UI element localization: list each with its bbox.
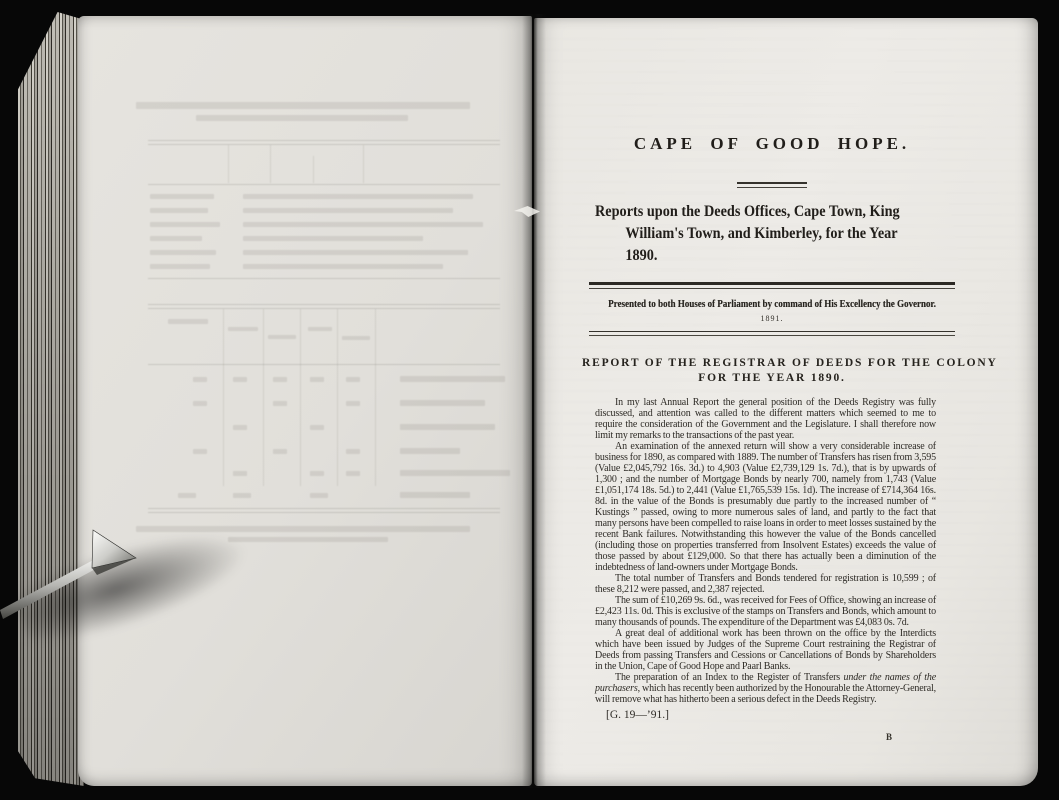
presentation-year: 1891. [582, 314, 962, 323]
imprint-mark: [G. 19—’91.] [606, 709, 669, 721]
ghost-mark [400, 492, 470, 498]
ghost-mark [148, 304, 500, 305]
ghost-mark [346, 377, 360, 382]
ghost-mark [148, 278, 500, 279]
ghost-mark [375, 309, 376, 486]
section-heading: REPORT OF THE REGISTRAR OF DEEDS FOR THE… [582, 356, 962, 387]
report-body: In my last Annual Report the general pos… [582, 397, 962, 723]
section-heading-line-1: REPORT OF THE REGISTRAR OF DEEDS FOR THE… [582, 356, 962, 372]
ghost-mark [400, 470, 510, 476]
paragraph: The total number of Transfers and Bonds … [595, 573, 936, 595]
ghost-mark [308, 327, 332, 331]
paragraph-final: The preparation of an Index to the Regis… [595, 672, 936, 705]
ghost-mark [150, 194, 214, 199]
report-title-line-3: 1890. [595, 245, 933, 267]
final-paragraph-post: , which has recently been authorized by … [595, 683, 936, 705]
paragraph: An examination of the annexed return wil… [595, 441, 936, 573]
ghost-mark [148, 140, 500, 141]
ghost-mark [150, 264, 210, 269]
ghost-mark [178, 493, 196, 498]
report-title-line-1: Reports upon the Deeds Offices, Cape Tow… [595, 201, 933, 223]
ghost-mark [400, 424, 495, 430]
ghost-mark [400, 376, 505, 382]
printed-content: CAPE OF GOOD HOPE. Reports upon the Deed… [582, 18, 962, 723]
ghost-mark [148, 512, 500, 513]
ghost-mark [400, 400, 485, 406]
ghost-mark [193, 377, 207, 382]
pointer-head [92, 530, 136, 568]
ghost-mark [150, 208, 208, 213]
ghost-mark [342, 336, 370, 340]
ghost-mark [228, 145, 229, 183]
ghost-mark [193, 449, 207, 454]
ghost-mark [193, 401, 207, 406]
ghost-mark [273, 449, 287, 454]
ghost-mark [346, 449, 360, 454]
ghost-mark [196, 115, 408, 121]
report-title: Reports upon the Deeds Offices, Cape Tow… [595, 201, 933, 267]
ghost-mark [363, 145, 364, 183]
photo-stage: CAPE OF GOOD HOPE. Reports upon the Deed… [0, 0, 1059, 800]
section-heading-line-2: FOR THE YEAR 1890. [582, 371, 962, 387]
paragraph: The sum of £10,269 9s. 6d., was received… [595, 595, 936, 628]
ghost-mark [400, 448, 460, 454]
ghost-mark [243, 264, 443, 269]
ghost-mark [268, 335, 296, 339]
ghost-mark [337, 309, 338, 486]
ghost-mark [148, 364, 500, 365]
report-title-line-2: William's Town, and Kimberley, for the Y… [595, 223, 933, 245]
ghost-mark [310, 493, 328, 498]
ghost-mark [148, 508, 500, 509]
ghost-mark [243, 250, 468, 255]
ornamental-rule-small [737, 182, 807, 188]
left-page [78, 16, 532, 786]
book-gutter [522, 14, 546, 788]
metal-pointer [0, 478, 170, 638]
ghost-mark [243, 222, 483, 227]
show-through-table [78, 16, 532, 786]
ghost-mark [273, 377, 287, 382]
ghost-mark [223, 309, 224, 486]
ghost-mark [270, 145, 271, 183]
ghost-mark [150, 236, 202, 241]
ghost-mark [136, 102, 470, 109]
book-page-edges [18, 12, 84, 786]
ghost-mark [148, 144, 500, 145]
ghost-mark [150, 222, 220, 227]
ornamental-rule-heavy [589, 282, 955, 289]
ghost-mark [233, 493, 251, 498]
ghost-mark [228, 327, 258, 331]
ghost-mark [310, 425, 324, 430]
ghost-mark [243, 236, 423, 241]
pointer-rod [0, 558, 101, 619]
ghost-mark [300, 309, 301, 486]
paragraph: In my last Annual Report the general pos… [595, 397, 936, 441]
ghost-mark [233, 471, 247, 476]
ghost-mark [273, 401, 287, 406]
final-paragraph-pre: The preparation of an Index to the Regis… [615, 672, 844, 683]
ornamental-rule-thin [589, 331, 955, 336]
ghost-mark [243, 208, 453, 213]
ghost-mark [148, 308, 500, 309]
ghost-mark [233, 425, 247, 430]
masthead: CAPE OF GOOD HOPE. [582, 132, 962, 155]
ghost-mark [228, 537, 388, 542]
ghost-mark [243, 194, 473, 199]
right-page: CAPE OF GOOD HOPE. Reports upon the Deed… [534, 18, 1038, 786]
ghost-mark [313, 156, 314, 183]
ghost-mark [346, 471, 360, 476]
ghost-mark [263, 309, 264, 486]
paragraph: A great deal of additional work has been… [595, 628, 936, 672]
ghost-mark [233, 377, 247, 382]
ghost-mark [310, 377, 324, 382]
ghost-mark [150, 250, 216, 255]
ghost-mark [168, 319, 208, 324]
ghost-mark [310, 471, 324, 476]
presentation-line: Presented to both Houses of Parliament b… [601, 299, 943, 310]
signature-mark: B [886, 732, 892, 742]
ghost-mark [148, 184, 500, 185]
ghost-mark [346, 401, 360, 406]
